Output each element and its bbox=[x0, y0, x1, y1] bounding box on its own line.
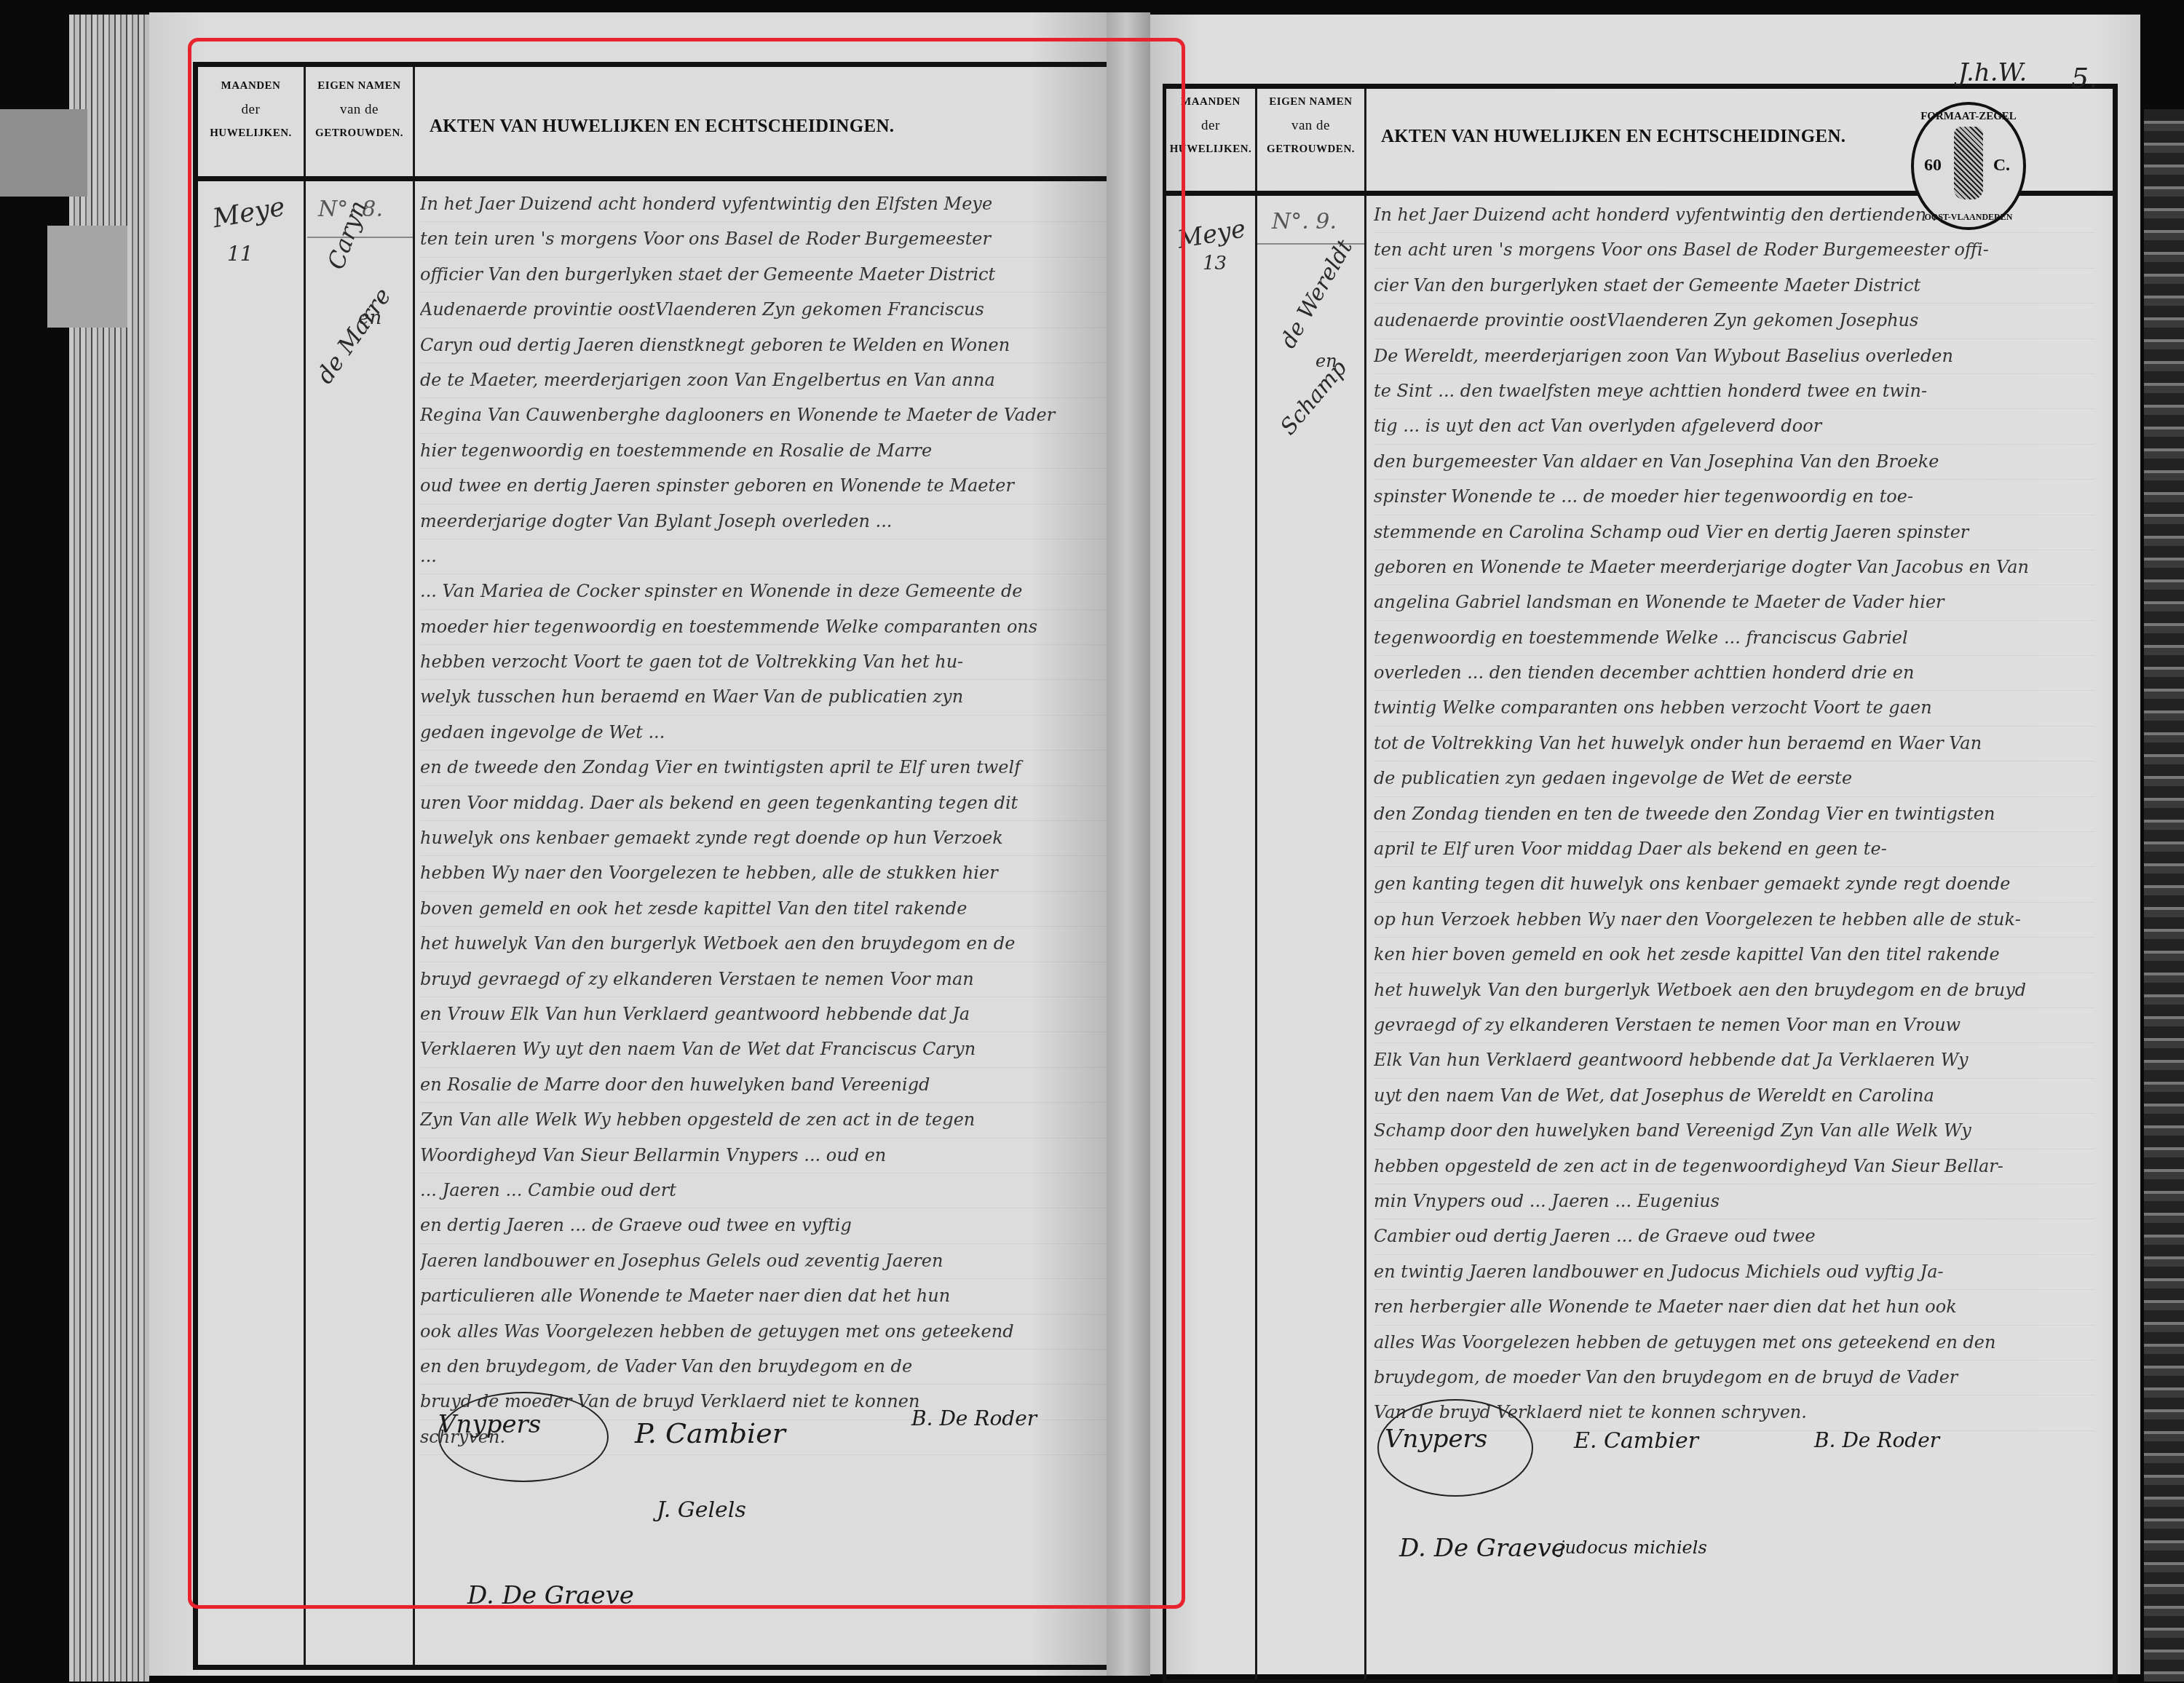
marriage-day: 11 bbox=[227, 242, 253, 266]
right-page: MAANDEN der HUWELIJKEN. EIGEN NAMEN van … bbox=[1150, 15, 2140, 1674]
tax-stamp-seal: FORMAAT-ZEGEL 60 C. OOST-VLAANDEREN bbox=[1911, 102, 2026, 230]
marriage-month: Meye bbox=[1175, 214, 1248, 255]
signature-de-graeve: D. De Graeve bbox=[1399, 1534, 1566, 1563]
signature-de-roder: B. De Roder bbox=[1814, 1428, 1939, 1452]
spouse-name-2: Schamp bbox=[1275, 355, 1352, 440]
signature-de-graeve: D. De Graeve bbox=[467, 1581, 634, 1610]
stamp-value: 60 bbox=[1924, 156, 1942, 175]
act-body-text: In het Jaer Duizend acht honderd vyfentw… bbox=[420, 187, 1137, 1455]
signature-cambier: P. Cambier bbox=[635, 1417, 786, 1449]
signature-flourish bbox=[1377, 1399, 1533, 1497]
header-names-column: EIGEN NAMEN van de GETROUWDEN. bbox=[306, 76, 413, 143]
header-names-column: EIGEN NAMEN van de GETROUWDEN. bbox=[1257, 92, 1364, 159]
header-month-column: MAANDEN der HUWELIJKEN. bbox=[1166, 92, 1255, 159]
stamp-ring-text: FORMAAT-ZEGEL bbox=[1914, 111, 2023, 123]
signature-de-roder: B. De Roder bbox=[911, 1406, 1037, 1430]
signature-cambier: E. Cambier bbox=[1574, 1428, 1698, 1454]
act-body-text: In het Jaer Duizend acht honderd vyfentw… bbox=[1374, 198, 2094, 1431]
folio-annotation: J.h.W. bbox=[1958, 58, 2027, 87]
column-divider bbox=[304, 67, 306, 1665]
column-divider bbox=[1364, 89, 1366, 1679]
left-register-frame: MAANDEN der HUWELIJKEN. EIGEN NAMEN van … bbox=[193, 62, 1155, 1670]
marriage-day: 13 bbox=[1203, 253, 1227, 274]
header-title: AKTEN VAN HUWELIJKEN EN ECHTSCHEIDINGEN. bbox=[1381, 127, 1845, 147]
header-title: AKTEN VAN HUWELIJKEN EN ECHTSCHEIDINGEN. bbox=[430, 116, 894, 137]
signature-michiels: judocus michiels bbox=[1559, 1537, 1707, 1558]
act-number: N°. 9. bbox=[1272, 209, 1337, 234]
binding-tab bbox=[0, 109, 87, 197]
binding-tab bbox=[47, 226, 127, 328]
crown-crest-icon bbox=[1954, 127, 1983, 199]
left-page: MAANDEN der HUWELIJKEN. EIGEN NAMEN van … bbox=[149, 12, 1107, 1676]
book-gutter bbox=[1107, 12, 1150, 1676]
signature-flourish bbox=[438, 1392, 609, 1482]
spouse-name-2: de Marre bbox=[311, 282, 397, 388]
page-number: 5. bbox=[2071, 62, 2097, 94]
stamp-region: OOST-VLAANDEREN bbox=[1914, 212, 2023, 223]
spouse-name-1: de Wereldt bbox=[1275, 236, 1358, 353]
column-divider bbox=[413, 67, 415, 1665]
stamp-currency: C. bbox=[1993, 156, 2010, 175]
right-book-edge bbox=[2144, 109, 2184, 1682]
right-register-frame: MAANDEN der HUWELIJKEN. EIGEN NAMEN van … bbox=[1163, 84, 2118, 1683]
marriage-month: Meye bbox=[210, 192, 287, 234]
header-month-column: MAANDEN der HUWELIJKEN. bbox=[198, 76, 304, 143]
column-divider bbox=[1255, 89, 1257, 1679]
signature-gelels: J. Gelels bbox=[657, 1497, 746, 1523]
header-rule bbox=[198, 176, 1152, 181]
